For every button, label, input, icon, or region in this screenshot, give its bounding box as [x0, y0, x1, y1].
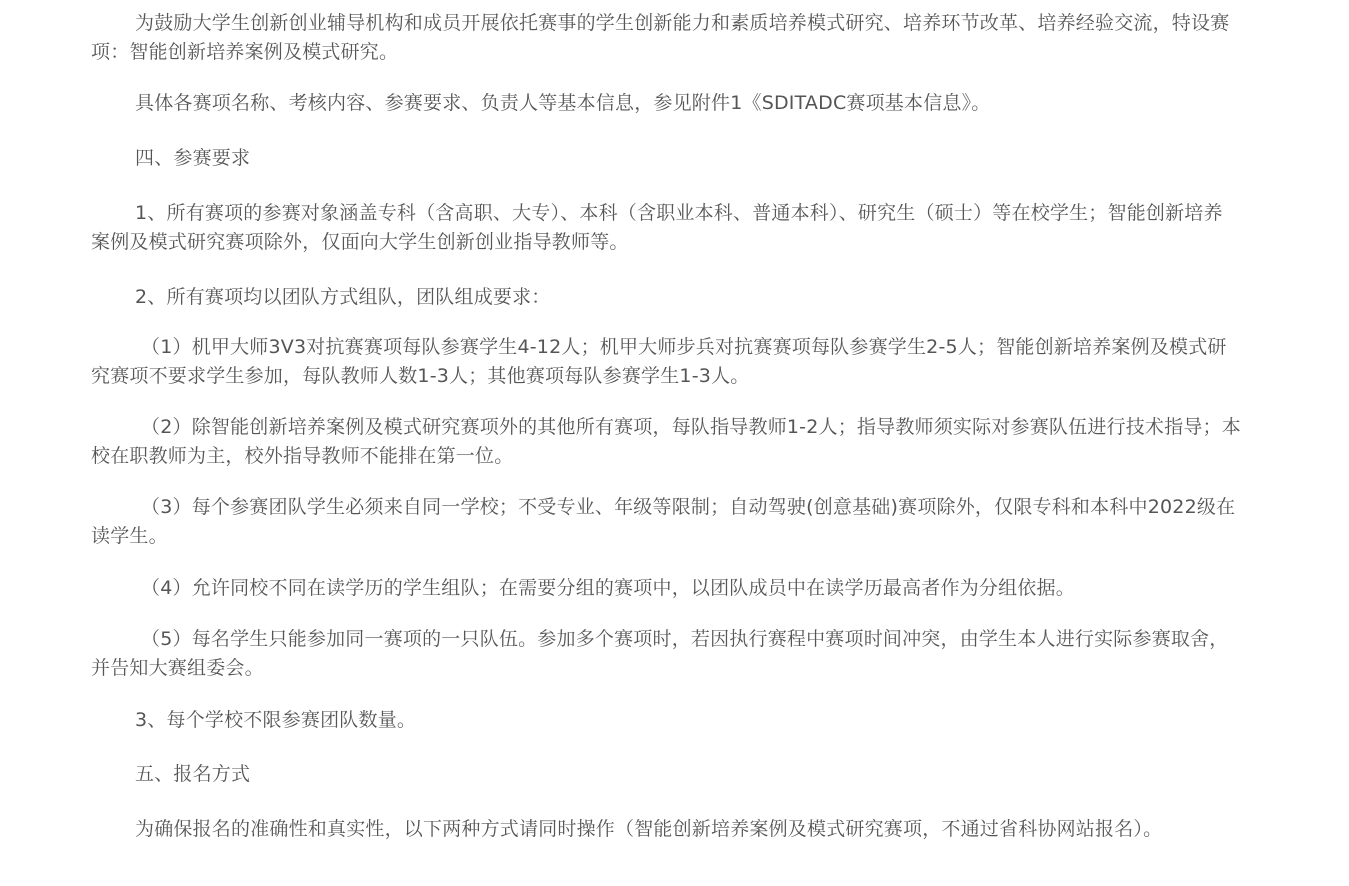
section-heading-5: 五、报名方式 — [91, 760, 1241, 789]
requirement-3: 3、每个学校不限参赛团队数量。 — [91, 706, 1241, 735]
intro-paragraph: 为鼓励大学生创新创业辅导机构和成员开展依托赛事的学生创新能力和素质培养模式研究、… — [91, 9, 1241, 67]
requirement-2-item-5: （5）每名学生只能参加同一赛项的一只队伍。参加多个赛项时，若因执行赛程中赛项时间… — [91, 625, 1241, 683]
requirement-2: 2、所有赛项均以团队方式组队，团队组成要求： — [91, 283, 1241, 312]
requirement-2-item-2: （2）除智能创新培养案例及模式研究赛项外的其他所有赛项，每队指导教师1-2人；指… — [91, 413, 1241, 471]
registration-paragraph: 为确保报名的准确性和真实性，以下两种方式请同时操作（智能创新培养案例及模式研究赛… — [91, 815, 1241, 844]
requirement-2-item-3: （3）每个参赛团队学生必须来自同一学校；不受专业、年级等限制；自动驾驶(创意基础… — [91, 493, 1241, 551]
section-heading-4: 四、参赛要求 — [91, 144, 1241, 173]
requirement-2-item-1: （1）机甲大师3V3对抗赛赛项每队参赛学生4-12人；机甲大师步兵对抗赛赛项每队… — [91, 333, 1241, 391]
info-paragraph: 具体各赛项名称、考核内容、参赛要求、负责人等基本信息，参见附件1《SDITADC… — [91, 89, 1241, 118]
requirement-1: 1、所有赛项的参赛对象涵盖专科（含高职、大专）、本科（含职业本科、普通本科）、研… — [91, 199, 1241, 257]
requirement-2-item-4: （4）允许同校不同在读学历的学生组队；在需要分组的赛项中，以团队成员中在读学历最… — [91, 574, 1241, 603]
